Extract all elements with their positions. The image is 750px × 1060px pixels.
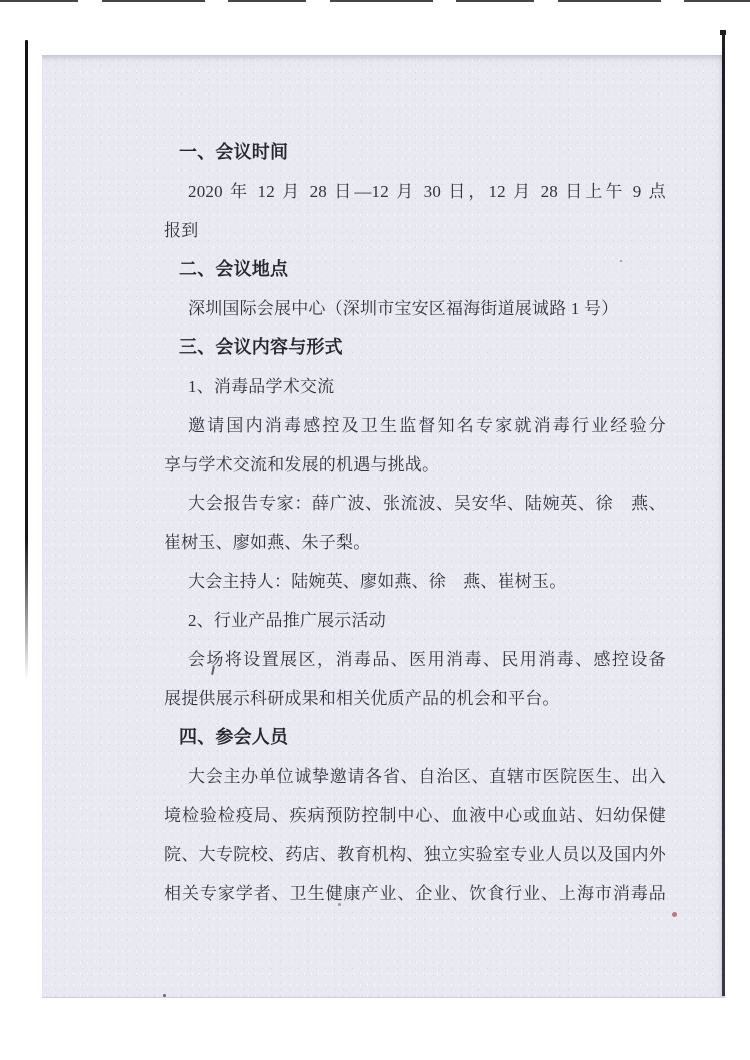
section3-heading-content-format: 三、会议内容与形式 — [164, 328, 666, 367]
document-text-block: 一、会议时间 2020 年 12 月 28 日—12 月 30 日，12 月 2… — [164, 133, 666, 913]
line-conference-hosts: 大会主持人：陆婉英、廖如燕、徐 燕、崔树玉。 — [164, 562, 666, 601]
section4-heading-participants: 四、参会人员 — [164, 718, 666, 757]
section1-heading-meeting-time: 一、会议时间 — [164, 133, 666, 172]
line-meeting-dates: 2020 年 12 月 28 日—12 月 30 日，12 月 28 日上午 9… — [164, 172, 666, 211]
scan-right-edge-hook — [720, 30, 726, 35]
scan-right-edge-line — [722, 34, 725, 996]
line-participants-1: 大会主办单位诚挚邀请各省、自治区、直辖市医院医生、出入 — [164, 757, 666, 796]
line-checkin: 报到 — [164, 211, 666, 250]
line-expo-description-1: 会场将设置展区，消毒品、医用消毒、民用消毒、感控设备 — [164, 640, 666, 679]
section2-heading-venue: 二、会议地点 — [164, 250, 666, 289]
line-report-speakers-1: 大会报告专家：薛广波、张流波、吴安华、陆婉英、徐 燕、 — [164, 484, 666, 523]
scan-speck — [620, 260, 622, 262]
line-invite-experts-1: 邀请国内消毒感控及卫生监督知名专家就消毒行业经验分 — [164, 406, 666, 445]
line-item2-product-expo: 2、行业产品推广展示活动 — [164, 601, 666, 640]
line-participants-3: 院、大专院校、药店、教育机构、独立实验室专业人员以及国内外 — [164, 835, 666, 874]
red-ink-speck — [672, 912, 677, 917]
line-venue-address: 深圳国际会展中心（深圳市宝安区福海街道展诚路 1 号） — [164, 289, 666, 328]
line-report-speakers-2: 崔树玉、廖如燕、朱子梨。 — [164, 523, 666, 562]
line-expo-description-2: 展提供展示科研成果和相关优质产品的机会和平台。 — [164, 679, 666, 718]
scanned-paper-sheet: 一、会议时间 2020 年 12 月 28 日—12 月 30 日，12 月 2… — [42, 55, 725, 998]
line-invite-experts-2: 享与学术交流和发展的机遇与挑战。 — [164, 445, 666, 484]
line-item1-academic-exchange: 1、消毒品学术交流 — [164, 367, 666, 406]
scan-top-edge-line — [0, 0, 750, 2]
line-participants-4: 相关专家学者、卫生健康产业、企业、饮食行业、上海市消毒品 — [164, 874, 666, 913]
scan-speck — [338, 903, 341, 906]
line-participants-2: 境检验检疫局、疾病预防控制中心、血液中心或血站、妇幼保健 — [164, 796, 666, 835]
scan-speck — [163, 994, 166, 997]
scan-left-edge-line — [25, 40, 28, 680]
